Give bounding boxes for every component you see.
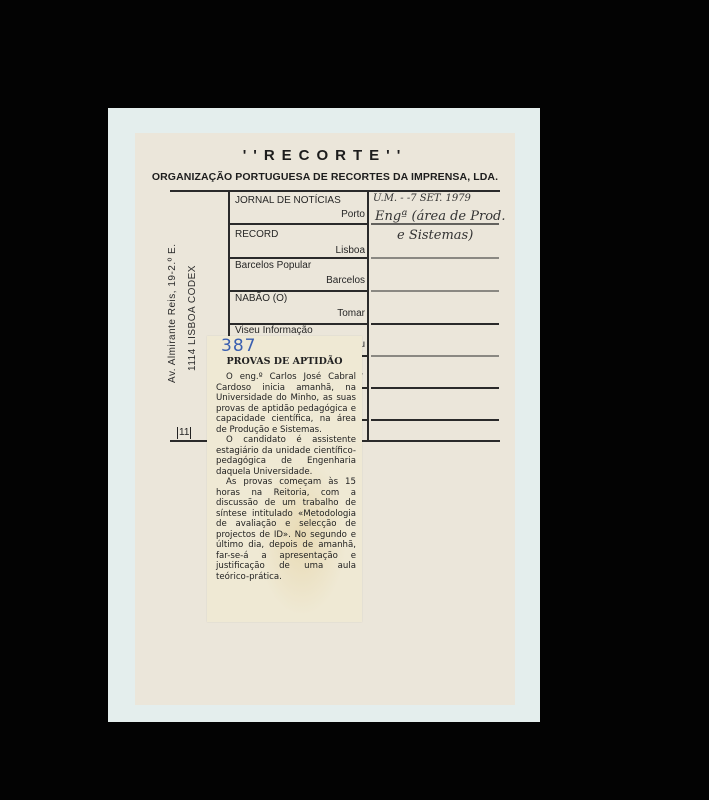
newspaper-row: RECORD Lisboa [231,229,367,257]
address-street: Av. Almirante Reis, 19-2.º E. [163,233,183,383]
recorte-form: ''RECORTE'' ORGANIZAÇÃO PORTUGUESA DE RE… [135,133,515,705]
article-headline: PROVAS DE APTIDÃO [207,356,362,367]
reference-number: 387 [221,336,256,356]
note-line [371,323,499,325]
note-line [371,290,499,292]
right-column-rule [367,190,369,440]
row-divider [228,257,367,259]
newspaper-city: Tomar [337,308,365,319]
article-paragraph: O candidato é assistente estagiário da u… [216,435,356,477]
newspaper-name: Barcelos Popular [235,260,311,271]
article-paragraph: As provas começam às 15 horas na Reitori… [216,477,356,582]
note-line [371,257,499,259]
newspaper-row: Barcelos Popular Barcelos [231,260,367,288]
newspaper-row: JORNAL DE NOTÍCIAS Porto [231,195,367,223]
top-rule [170,190,500,192]
box-number: 11 [177,427,191,439]
organization-name: ORGANIZAÇÃO PORTUGUESA DE RECORTES DA IM… [135,171,515,183]
article-paragraph: O eng.º Carlos José Cabral Cardoso inici… [216,372,356,435]
newspaper-name: Viseu Informação [235,325,313,336]
newspaper-name: RECORD [235,229,278,240]
newspaper-city: Barcelos [326,275,365,286]
newspaper-city: Porto [341,209,365,220]
row-divider [228,223,367,225]
address-block: Av. Almirante Reis, 19-2.º E. 1114 LISBO… [163,233,203,383]
address-city: 1114 LISBOA CODEX [183,233,203,383]
note-line [371,355,499,357]
handwritten-note-line1: U.M. - -7 SET. 1979 [373,193,471,204]
newspaper-name: NABÃO (O) [235,293,287,304]
note-line [371,387,499,389]
handwritten-note-line2: Engª (área de Prod. [375,209,506,224]
article-body: O eng.º Carlos José Cabral Cardoso inici… [216,372,356,582]
handwritten-note-line3: e Sistemas) [397,228,473,243]
brand-title: ''RECORTE'' [135,147,515,164]
newspaper-clipping: 387 PROVAS DE APTIDÃO O eng.º Carlos Jos… [207,336,362,622]
newspaper-row: NABÃO (O) Tomar [231,293,367,321]
newspaper-city: Lisboa [336,245,365,256]
note-line [371,419,499,421]
row-divider [228,290,367,292]
newspaper-name: JORNAL DE NOTÍCIAS [235,195,341,206]
